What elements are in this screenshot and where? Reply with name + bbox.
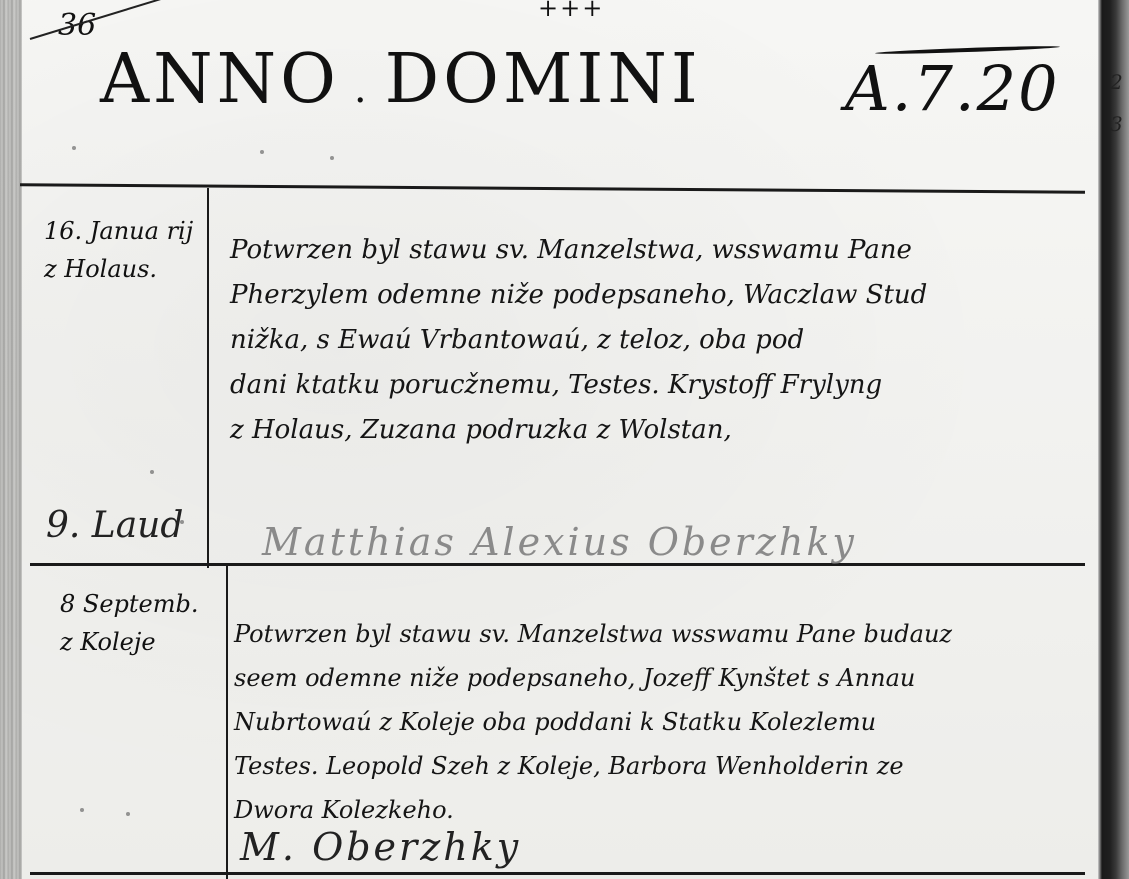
heading-anno: ANNO <box>100 40 340 119</box>
bottom-rule <box>30 872 1085 875</box>
ink-speck <box>260 150 264 154</box>
entry-2-date-column: 8 Septemb.z Koleje <box>60 585 199 661</box>
ink-speck <box>180 520 184 524</box>
heading-separator: . <box>354 66 371 112</box>
entry-line: Pherzylem odemne niže podepsaneho, Waczl… <box>230 273 927 318</box>
right-margin-note: 3 <box>1110 112 1123 136</box>
entry-line: Potwrzen byl stawu sv. Manzelstwa wsswam… <box>234 612 952 656</box>
top-cross-marks: +++ <box>538 0 604 22</box>
entry-date: 8 Septemb. <box>60 585 199 623</box>
ink-speck <box>80 808 84 812</box>
header-rule <box>20 183 1085 193</box>
column-divider <box>207 188 209 568</box>
heading-domini: DOMINI <box>385 40 702 119</box>
entry-line: dani ktatku porucžnemu, Testes. Krystoff… <box>230 363 927 408</box>
entry-line: Potwrzen byl stawu sv. Manzelstwa, wsswa… <box>230 228 927 273</box>
entry-line: Nubrtowaú z Koleje oba poddani k Statku … <box>234 700 952 744</box>
entry-place: z Koleje <box>60 623 199 661</box>
entry-1-priest-note: 9. Laud <box>46 505 183 546</box>
entry-1-date-column: 16. Janua rijz Holaus. <box>44 212 194 288</box>
entry-2-signature: M. Oberzhky <box>240 825 521 869</box>
register-page: 2 3 36 +++ ANNO . DOMINI A.7.20 16. Janu… <box>0 0 1129 879</box>
ink-speck <box>72 146 76 150</box>
right-margin-note: 2 <box>1110 70 1123 94</box>
entry-line: z Holaus, Zuzana podruzka z Wolstan, <box>230 408 927 453</box>
entry-2-text: Potwrzen byl stawu sv. Manzelstwa wsswam… <box>234 612 952 832</box>
entry-1-text: Potwrzen byl stawu sv. Manzelstwa, wsswa… <box>230 228 927 453</box>
left-binding-edge <box>0 0 22 879</box>
entry-date: 16. Janua rij <box>44 212 194 250</box>
column-divider <box>226 565 228 879</box>
entry-line: seem odemne niže podepsaneho, Jozeff Kyn… <box>234 656 952 700</box>
entry-line: Testes. Leopold Szeh z Koleje, Barbora W… <box>234 744 952 788</box>
ink-speck <box>330 156 334 160</box>
entry-1-signature: Matthias Alexius Oberzhky <box>262 520 857 564</box>
year-text: A.7.20 <box>845 52 1060 125</box>
ink-speck <box>126 812 130 816</box>
entry-line: nižka, s Ewaú Vrbantowaú, z teloz, oba p… <box>230 318 927 363</box>
ink-speck <box>150 470 154 474</box>
entry-place: z Holaus. <box>44 250 194 288</box>
page-heading: ANNO . DOMINI <box>100 40 702 130</box>
